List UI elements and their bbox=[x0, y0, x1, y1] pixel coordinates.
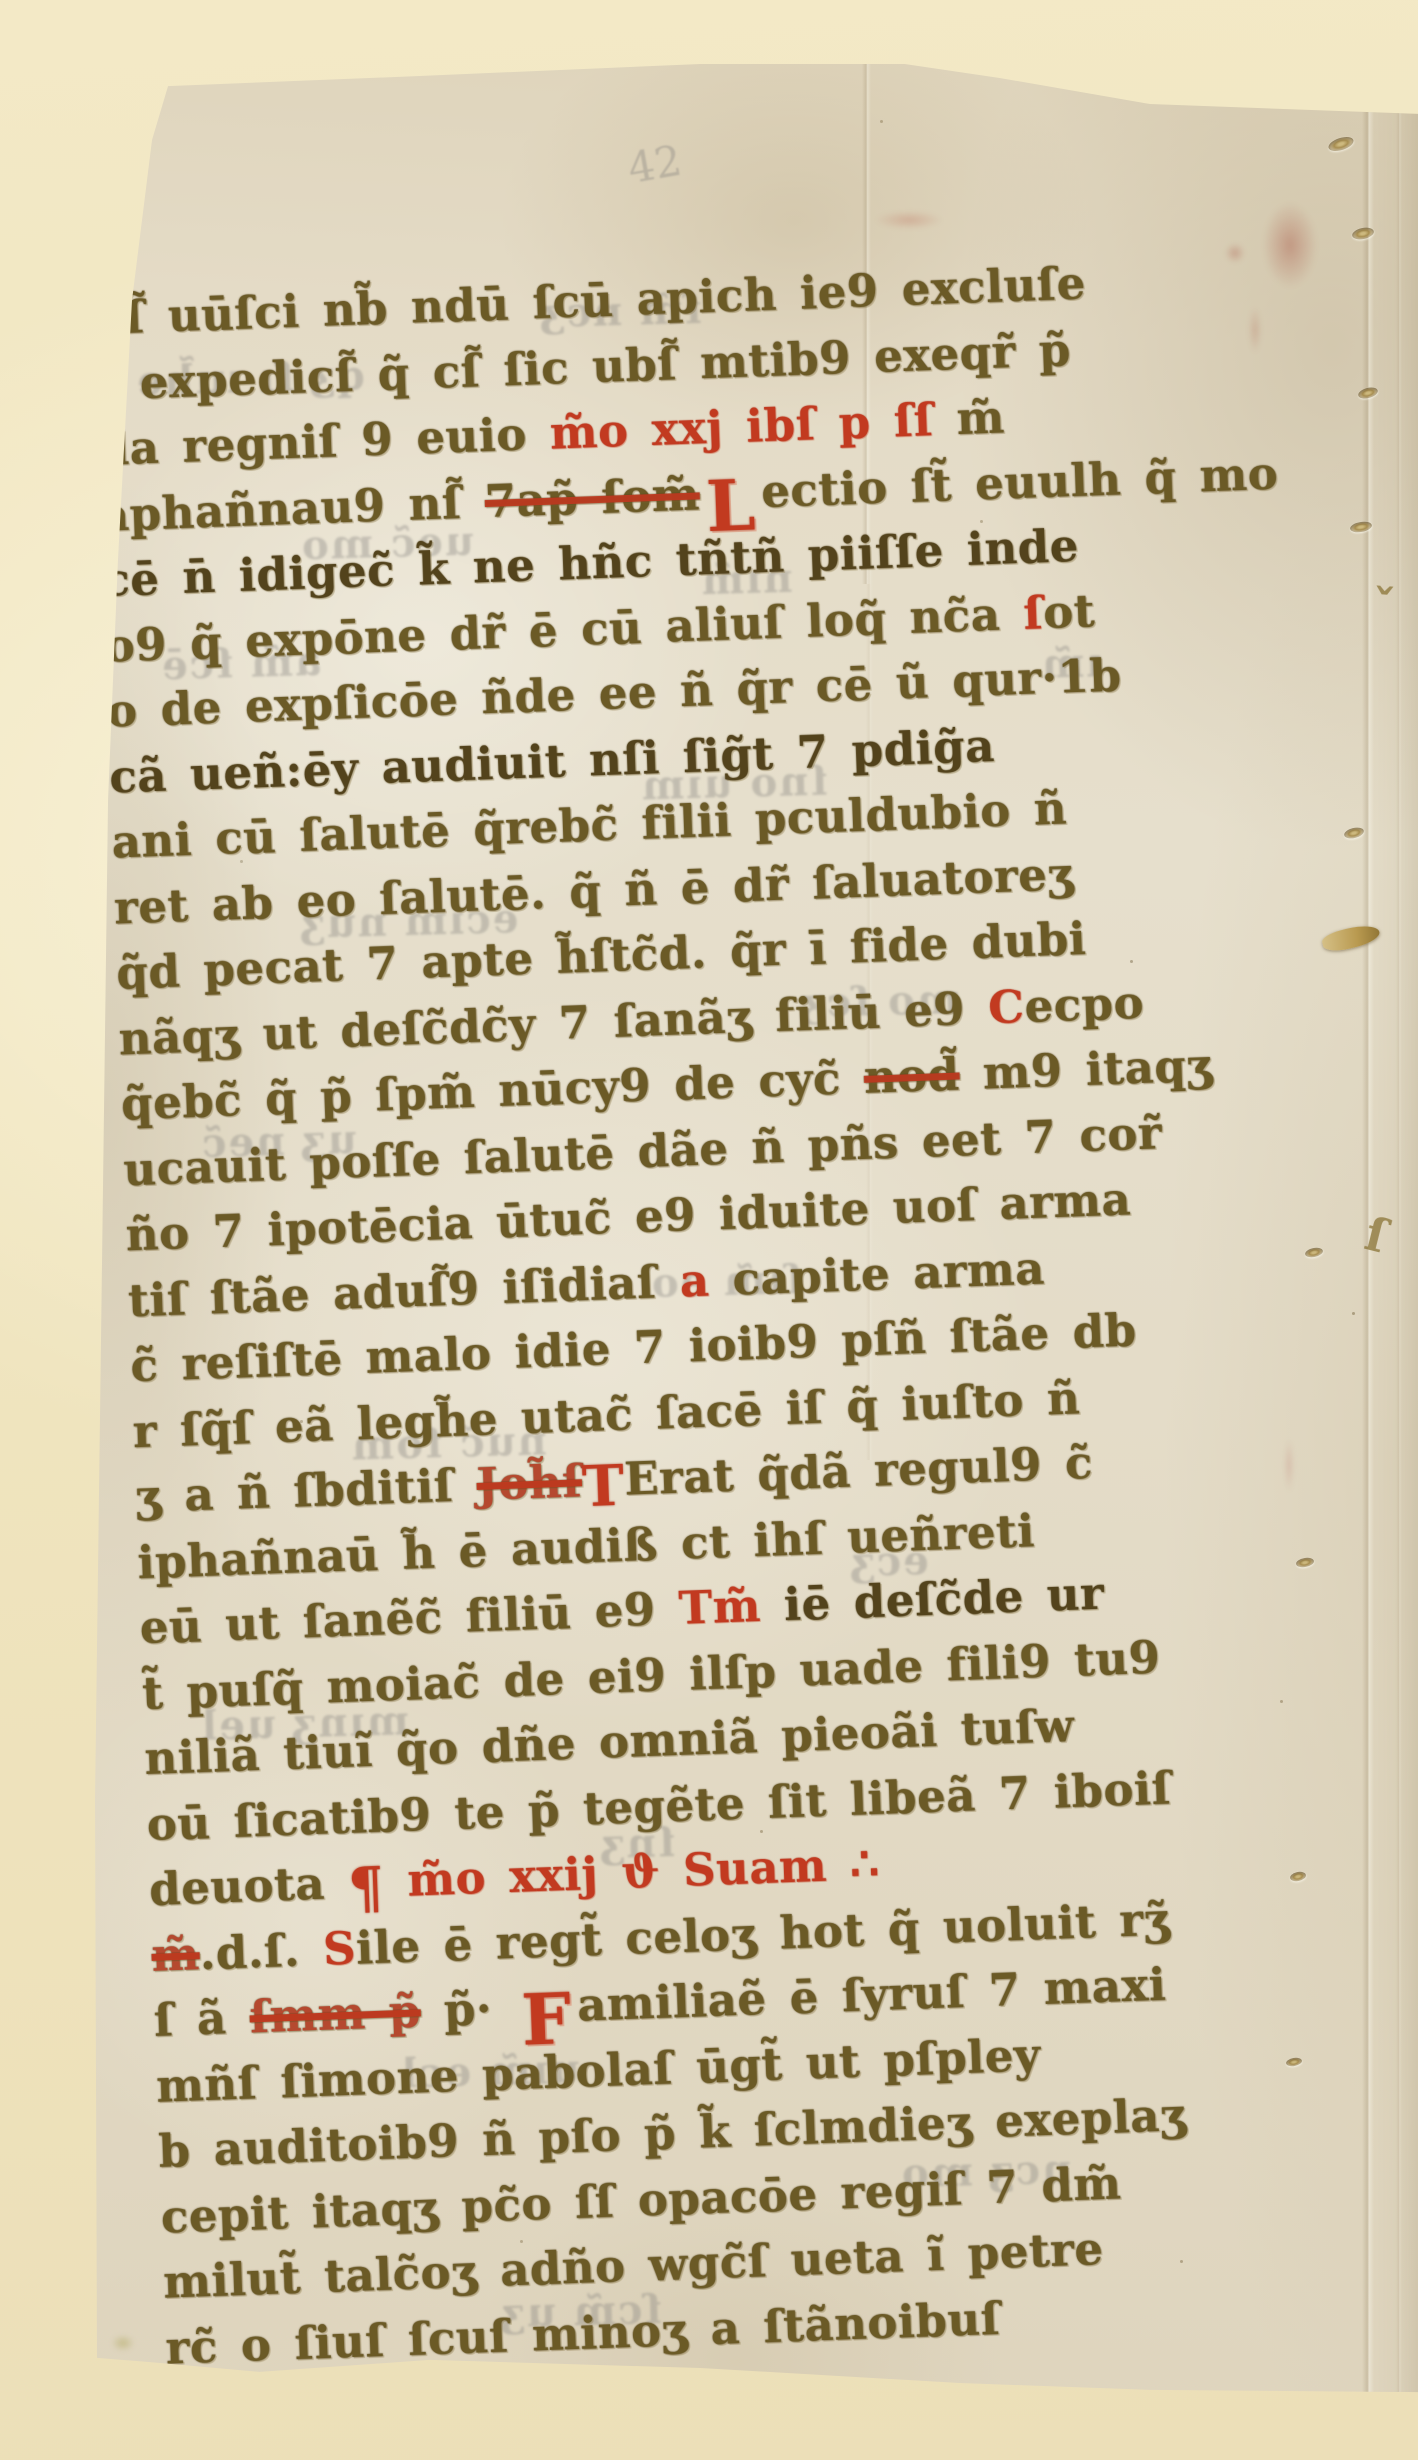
rubric-segment: a bbox=[679, 1253, 711, 1307]
sewing-hole bbox=[1285, 2057, 1302, 2068]
manuscript-text-block: dſ̃ uūſci nb̃ ndū ſcū apich ie9 excluſet… bbox=[92, 250, 1271, 292]
ink-stain bbox=[866, 208, 952, 232]
ink-segment: ot bbox=[1042, 584, 1096, 639]
ink-segment: m9 itaqʒ bbox=[959, 1038, 1214, 1100]
ink-stain bbox=[1246, 300, 1264, 360]
ink-segment: iē deſc̃de ur bbox=[760, 1567, 1105, 1632]
sewing-hole bbox=[1295, 1557, 1314, 1569]
ink-segment: m̃ bbox=[933, 390, 1006, 446]
ink-segment: ſ ã bbox=[153, 1990, 251, 2046]
photograph-backdrop: ſˇ 42 qʒ ſı ıuh̃eſm̃ ncʒuec̃ monım̃am̃ ſ… bbox=[0, 0, 1418, 2460]
rubric-segment: S bbox=[322, 1921, 357, 1975]
parchment-leaf: ſˇ 42 qʒ ſı ıuh̃eſm̃ ncʒuec̃ monım̃am̃ ſ… bbox=[0, 0, 1418, 2460]
ink-stain bbox=[1255, 190, 1325, 300]
ink-segment: ʒ a ñ ſbditiſ bbox=[134, 1458, 477, 1523]
rubric-segment: m̃o xxj ibſ p ſſ bbox=[549, 393, 934, 460]
sewing-hole bbox=[1327, 134, 1355, 153]
ink-segment: ectio ſt̃ euulh q̃ mo bbox=[760, 446, 1279, 517]
ink-segment: ecpo bbox=[1024, 975, 1145, 1032]
ink-segment: capite arma bbox=[708, 1241, 1045, 1306]
ink-segment: Erat q̃dã regul9 c̃ bbox=[623, 1436, 1093, 1506]
margin-flourish: ˇ bbox=[1370, 579, 1397, 634]
strikethrough-segment: 7ap̃ ſom̃ bbox=[484, 467, 701, 528]
rubric-segment: Tm̃ bbox=[678, 1579, 762, 1635]
ink-segment: q̃ebc̃ q̃ p̃ ſpm̃ nūcy9 de cyc̃ bbox=[120, 1051, 865, 1131]
parchment-speckles bbox=[0, 0, 3, 3]
rubric-segment: m̃ bbox=[151, 1927, 201, 1982]
rubric-segment: C bbox=[987, 980, 1025, 1034]
rubric-segment: ¶ bbox=[347, 1855, 386, 1922]
sewing-hole bbox=[1304, 1246, 1323, 1259]
rubric-segment: Joh̃ſ bbox=[476, 1454, 583, 1511]
ink-stain bbox=[1282, 1430, 1296, 1500]
ink-segment: deuota bbox=[148, 1856, 349, 1916]
rubric-segment: T bbox=[581, 1453, 626, 1520]
pencil-mark: 42 bbox=[624, 136, 685, 194]
ink-segment: eū ut ſanẽc̃ filiū e9 bbox=[139, 1582, 680, 1654]
ink-stain bbox=[1222, 240, 1248, 266]
ink-segment: tiſ ſtãe aduſ̃9 iſidiaſ bbox=[127, 1254, 681, 1327]
ink-segment: p̃· bbox=[420, 1981, 516, 2037]
fold-crease bbox=[1396, 110, 1402, 2400]
ink-segment: amiliaẽ ē ſyruſ 7 maxi bbox=[576, 1958, 1167, 2032]
rubric-segment: ſmm p̃ bbox=[249, 1984, 422, 2043]
ink-stain bbox=[108, 2332, 138, 2354]
ink-segment: .d.ſ. bbox=[199, 1922, 324, 1979]
rubric-segment: m̃o xxij ϑ Suam ∴ bbox=[383, 1837, 880, 1908]
ink-segment: da regniſ 9 euio bbox=[97, 407, 551, 476]
rubric-segment: ſ bbox=[1022, 586, 1044, 640]
sewing-hole bbox=[1289, 1870, 1307, 1882]
strikethrough-segment: nod̃ bbox=[863, 1047, 961, 1103]
